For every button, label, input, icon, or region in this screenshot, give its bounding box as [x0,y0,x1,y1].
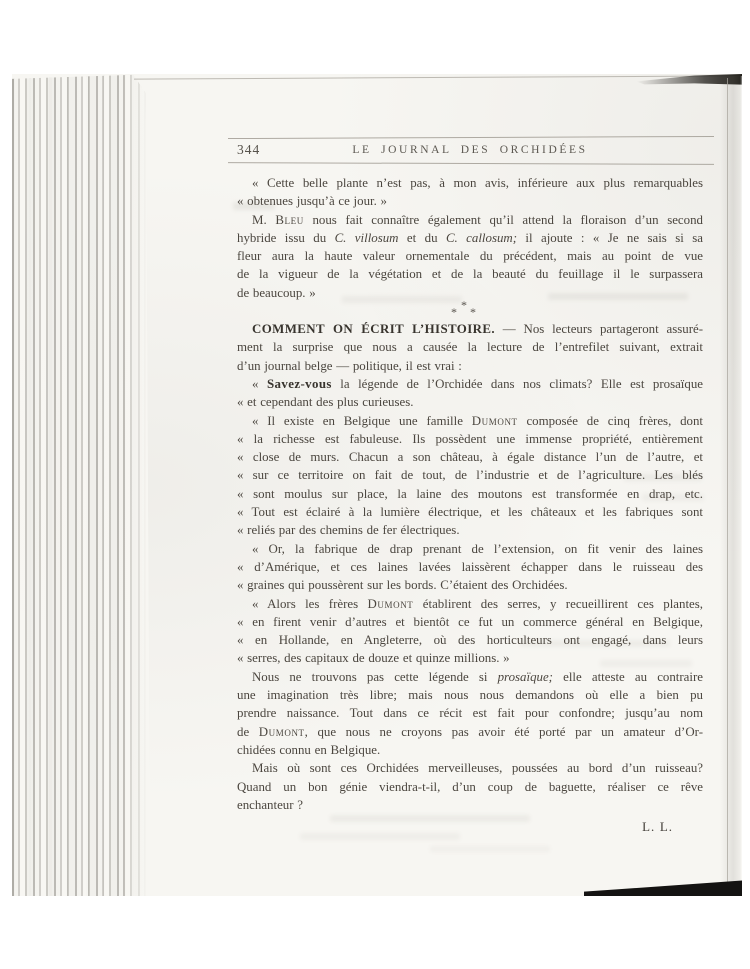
paragraph: « Or, la fabrique de drap prenant de l’e… [237,540,703,595]
text-line: fleur aura la haute valeur ornementale d… [237,247,703,265]
text-line: « reliés par des chemins de fer électriq… [237,521,703,539]
text-line: « Or, la fabrique de drap prenant de l’e… [237,540,703,558]
bleed-through-smudge [600,660,692,667]
text-line: « en firent venir d’autres et bientôt ce… [237,613,703,631]
header-rule-top [228,136,714,139]
text-line: « Tout est éclairé à la lumière électriq… [237,503,703,521]
page-corner-shadow-bottom-right [584,878,742,896]
text-line: ment la surprise que nous a causée la le… [237,338,703,356]
text-line: « close de murs. Chacun a son château, à… [237,448,703,466]
bleed-through-smudge [430,846,550,852]
asterisk-glyph: * [451,307,457,317]
paragraph: « Alors les frères Dumont établirent des… [237,595,703,668]
text-line: enchanteur ? [237,796,703,814]
page-right-edge-line [727,78,728,882]
page-text-column: « Cette belle plante n’est pas, à mon av… [237,174,703,836]
page-top-edge [134,75,740,79]
paragraph: « Cette belle plante n’est pas, à mon av… [237,174,703,211]
text-line: « sont moulus sur place, la laine des mo… [237,485,703,503]
text-line: « d’Amérique, et ces laines lavées laiss… [237,558,703,576]
header-rule-bottom [228,162,714,165]
text-line: une imagination très libre; mais nous no… [237,686,703,704]
text-line: d’un journal belge — politique, il est v… [237,357,703,375]
text-line: hybride issu du C. villosum et du C. cal… [237,229,703,247]
paragraph: Nous ne trouvons pas cette légende si pr… [237,668,703,759]
text-line: chidées connu en Belgique. [237,741,703,759]
bleed-through-smudge [330,815,530,822]
text-line: de la vigueur de la végétation et de la … [237,265,703,283]
text-line: « et cependant des plus curieuses. [237,393,703,411]
text-line: « graines qui poussèrent sur les bords. … [237,576,703,594]
asterisk-glyph: * [470,307,476,317]
text-line: M. Bleu nous fait connaître également qu… [237,211,703,229]
text-line: « la richesse est fabuleuse. Ils possède… [237,430,703,448]
paragraph: « Savez-vous la légende de l’Orchidée da… [237,375,703,412]
text-line: COMMENT ON ÉCRIT L’HISTOIRE. — Nos lecte… [237,320,703,338]
text-line: de Dumont, que nous ne croyons pas avoir… [237,723,703,741]
bleed-through-smudge [233,202,275,210]
bleed-through-smudge [342,296,462,303]
scanned-page: 344 LE JOURNAL DES ORCHIDÉES « Cette bel… [12,74,742,896]
journal-title: LE JOURNAL DES ORCHIDÉES [237,144,703,156]
text-line: prendre naissance. Tout dans ce récit es… [237,704,703,722]
bleed-through-smudge [642,494,704,501]
bleed-through-smudge [548,293,688,300]
bleed-through-smudge [520,640,670,647]
text-line: Mais où sont ces Orchidées merveilleuses… [237,759,703,777]
paragraph: M. Bleu nous fait connaître également qu… [237,211,703,302]
text-line: Quand un bon génie viendra-t-il, d’un co… [237,778,703,796]
paragraph: Mais où sont ces Orchidées merveilleuses… [237,759,703,814]
paragraph: COMMENT ON ÉCRIT L’HISTOIRE. — Nos lecte… [237,320,703,375]
text-line: « Il existe en Belgique une famille Dumo… [237,412,703,430]
bleed-through-smudge [300,833,460,840]
bleed-through-smudge [624,474,702,481]
text-line: « Alors les frères Dumont établirent des… [237,595,703,613]
page-right-curl [720,76,742,892]
asterism-separator: *** [237,303,703,319]
text-line: « Savez-vous la légende de l’Orchidée da… [237,375,703,393]
text-line: « obtenues jusqu’à ce jour. » [237,192,703,210]
book-gutter-page-edges [12,74,150,896]
text-line: « Cette belle plante n’est pas, à mon av… [237,174,703,192]
text-line: Nous ne trouvons pas cette légende si pr… [237,668,703,686]
